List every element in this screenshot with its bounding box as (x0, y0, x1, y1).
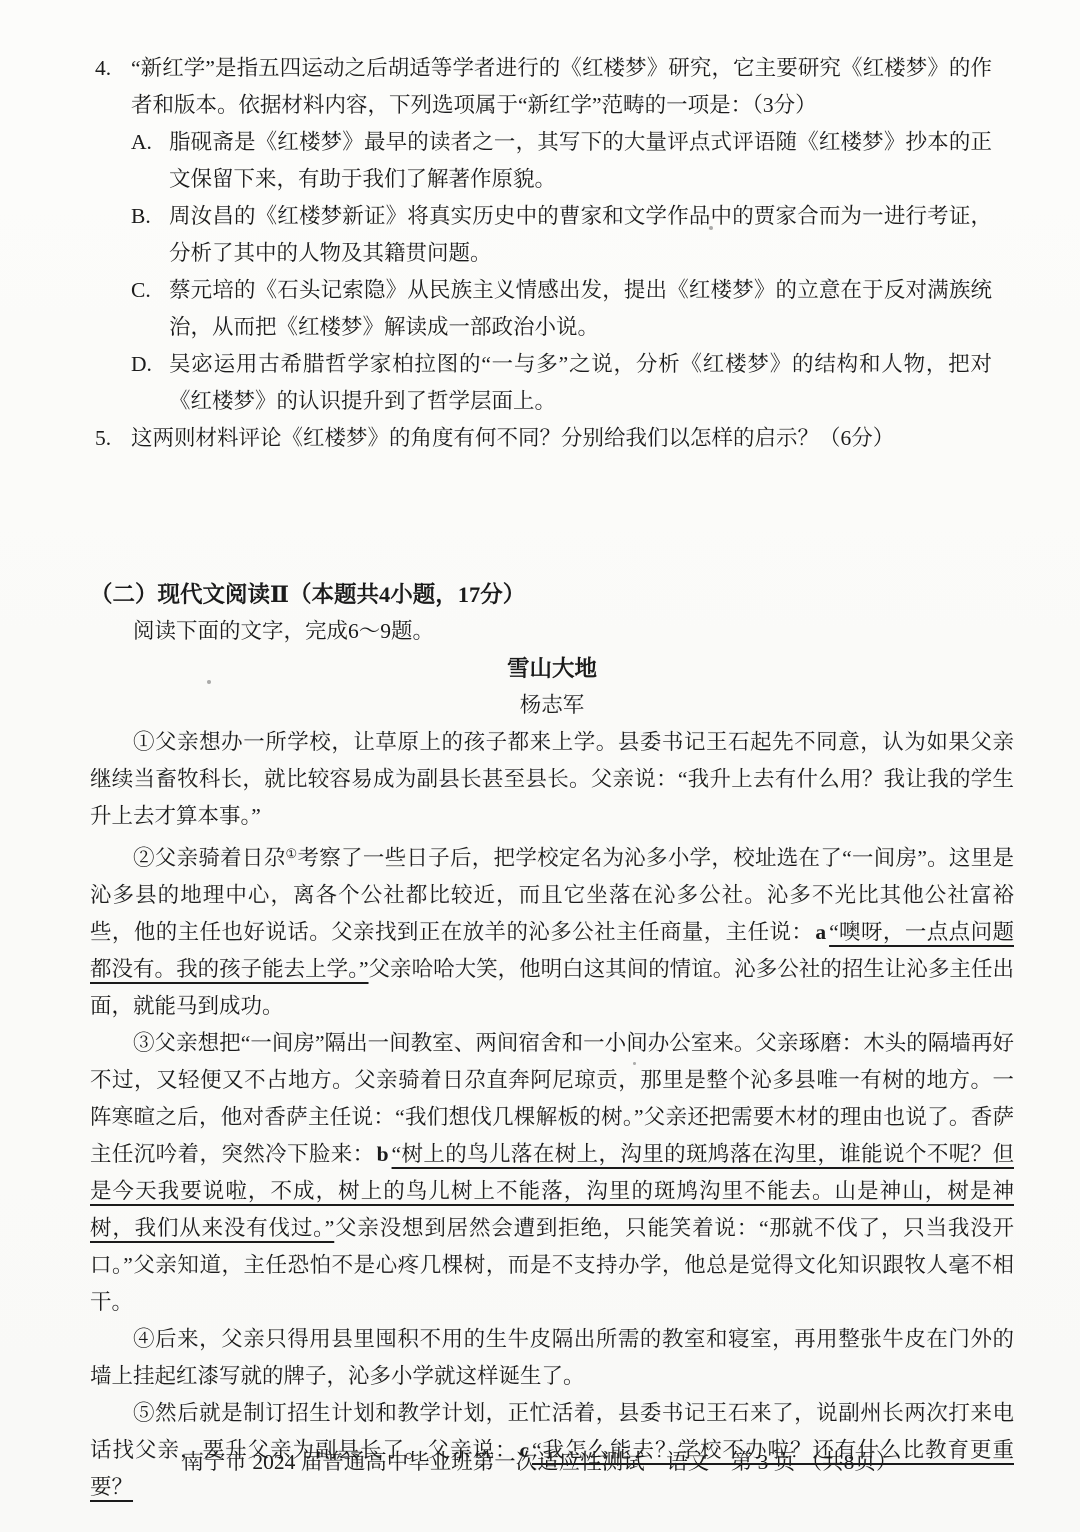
scan-speck (709, 226, 713, 230)
text-segment: b (375, 1142, 392, 1166)
story-paragraph-1: ①父亲想办一所学校，让草原上的孩子都来上学。县委书记王石起先不同意，认为如果父亲… (90, 724, 1014, 835)
option-c-text: 蔡元培的《石头记索隐》从民族主义情感出发，提出《红楼梦》的立意在于反对满族统治，… (169, 278, 992, 339)
text-segment: ②父亲骑着日尕 (133, 846, 286, 870)
question-section: 4. “新红学”是指五四运动之后胡适等学者进行的《红楼梦》研究，它主要研究《红楼… (95, 50, 992, 457)
question-5-number: 5. (95, 420, 111, 457)
option-c: C. 蔡元培的《石头记索隐》从民族主义情感出发，提出《红楼梦》的立意在于反对满族… (131, 272, 992, 346)
scan-speck (633, 1062, 636, 1065)
exam-paper-page: 4. “新红学”是指五四运动之后胡适等学者进行的《红楼梦》研究，它主要研究《红楼… (0, 0, 1080, 1532)
story-paragraph-3: ③父亲想把“一间房”隔出一间教室、两间宿舍和一小间办公室来。父亲琢磨：木头的隔墙… (90, 1025, 1014, 1321)
text-segment: a (813, 920, 829, 944)
page-footer: 南宁市 2024 届普通高中毕业班第一次适应性测试 语文 第 3 页 （共8页） (0, 1446, 1080, 1478)
question-5-text: 这两则材料评论《红楼梦》的角度有何不同？分别给我们以怎样的启示？（6分） (131, 420, 992, 457)
section-heading: （二）现代文阅读Ⅱ（本题共4小题，17分） (90, 576, 1014, 613)
story-paragraph-2: ②父亲骑着日尕①考察了一些日子后，把学校定名为沁多小学，校址选在了“一间房”。这… (90, 835, 1014, 1025)
option-b-label: B. (131, 198, 151, 235)
story-body: ①父亲想办一所学校，让草原上的孩子都来上学。县委书记王石起先不同意，认为如果父亲… (90, 724, 1014, 1506)
story-paragraph-4: ④后来，父亲只得用县里囤积不用的生牛皮隔出所需的教室和寝室，再用整张牛皮在门外的… (90, 1321, 1014, 1395)
text-segment: ①父亲想办一所学校，让草原上的孩子都来上学。县委书记王石起先不同意，认为如果父亲… (90, 730, 1014, 828)
option-d-label: D. (131, 346, 152, 383)
story-title: 雪山大地 (90, 650, 1014, 687)
question-4-options: A. 脂砚斋是《红楼梦》最早的读者之一，其写下的大量评点式评语随《红楼梦》抄本的… (131, 124, 992, 420)
option-a: A. 脂砚斋是《红楼梦》最早的读者之一，其写下的大量评点式评语随《红楼梦》抄本的… (131, 124, 992, 198)
text-segment: ① (286, 846, 298, 861)
question-4-number: 4. (95, 50, 111, 87)
section-instruction: 阅读下面的文字，完成6～9题。 (90, 613, 1014, 650)
question-5: 5. 这两则材料评论《红楼梦》的角度有何不同？分别给我们以怎样的启示？（6分） (95, 420, 992, 457)
option-a-text: 脂砚斋是《红楼梦》最早的读者之一，其写下的大量评点式评语随《红楼梦》抄本的正文保… (169, 130, 992, 191)
text-segment: ④后来，父亲只得用县里囤积不用的生牛皮隔出所需的教室和寝室，再用整张牛皮在门外的… (90, 1327, 1014, 1388)
option-b-text: 周汝昌的《红楼梦新证》将真实历史中的曹家和文学作品中的贾家合而为一进行考证，分析… (169, 204, 992, 265)
option-a-label: A. (131, 124, 152, 161)
option-c-label: C. (131, 272, 151, 309)
option-b: B. 周汝昌的《红楼梦新证》将真实历史中的曹家和文学作品中的贾家合而为一进行考证… (131, 198, 992, 272)
option-d-text: 吴宓运用古希腊哲学家柏拉图的“一与多”之说，分析《红楼梦》的结构和人物，把对《红… (169, 352, 992, 413)
option-d: D. 吴宓运用古希腊哲学家柏拉图的“一与多”之说，分析《红楼梦》的结构和人物，把… (131, 346, 992, 420)
scan-speck (207, 680, 211, 684)
story-author: 杨志军 (90, 687, 1014, 724)
question-4-stem: “新红学”是指五四运动之后胡适等学者进行的《红楼梦》研究，它主要研究《红楼梦》的… (131, 50, 992, 124)
question-4: 4. “新红学”是指五四运动之后胡适等学者进行的《红楼梦》研究，它主要研究《红楼… (95, 50, 992, 420)
reading-section-2: （二）现代文阅读Ⅱ（本题共4小题，17分） 阅读下面的文字，完成6～9题。 雪山… (90, 576, 1014, 1506)
